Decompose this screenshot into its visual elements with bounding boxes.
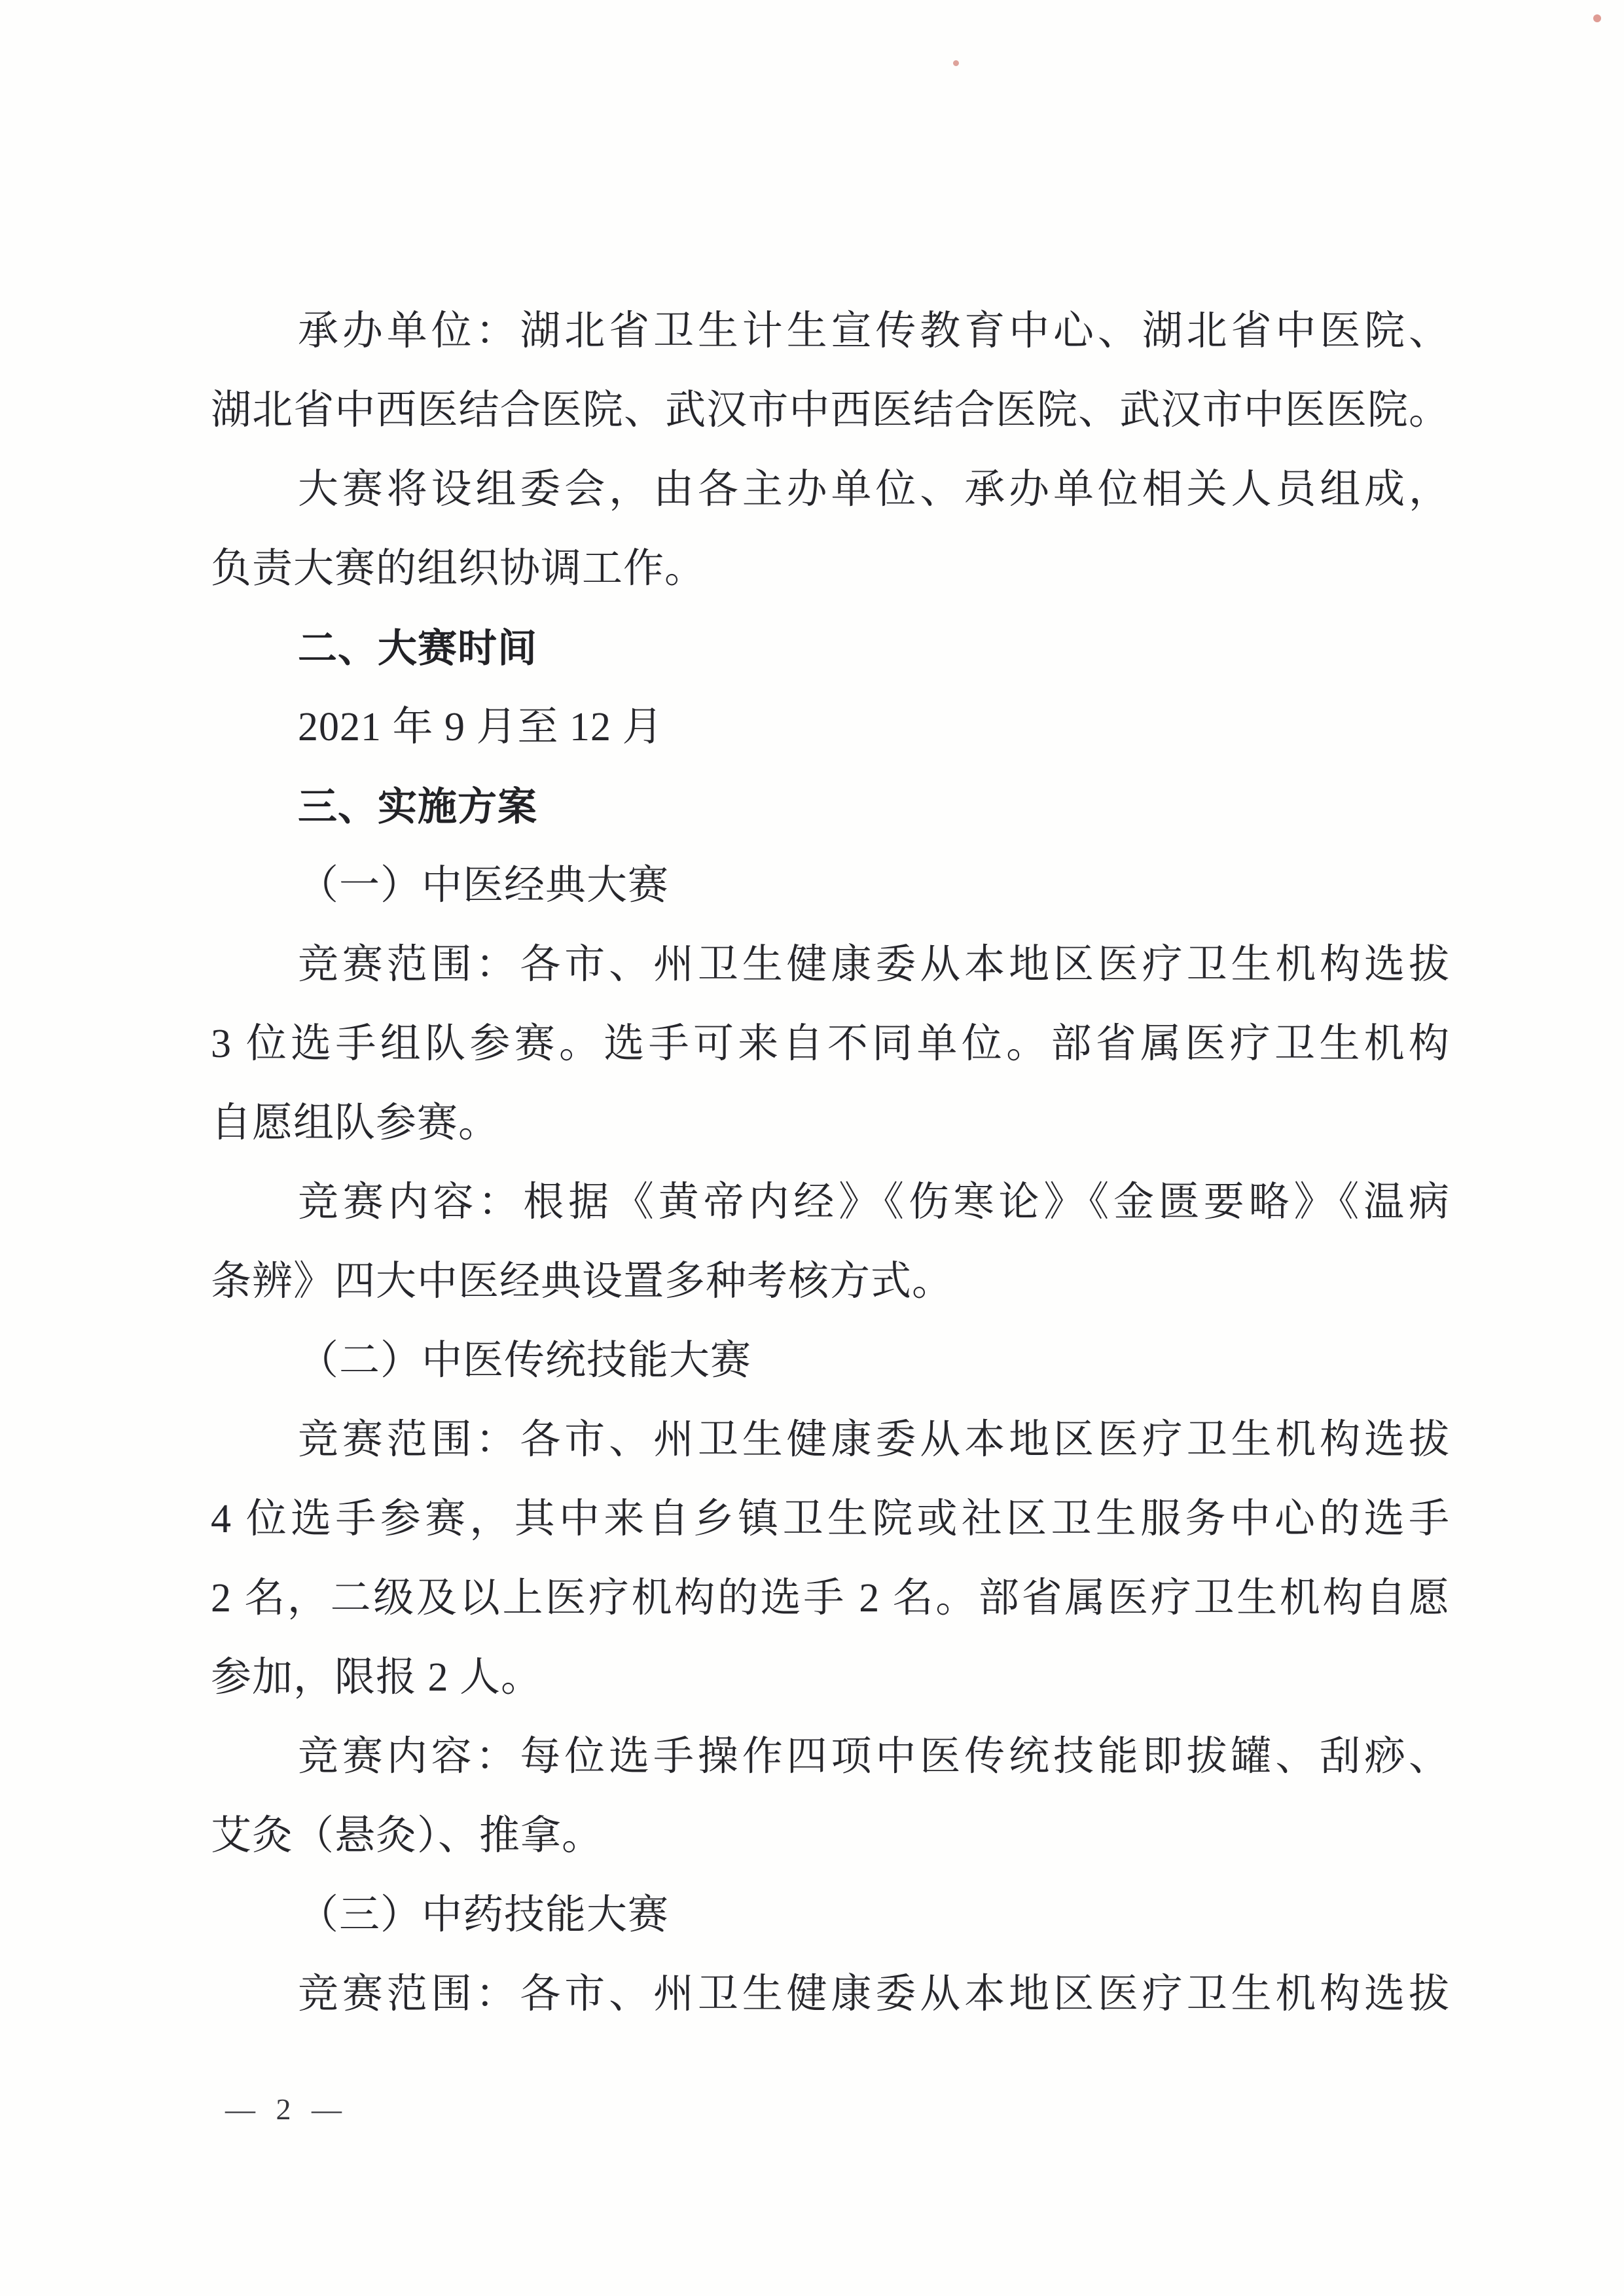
text-line: 承办单位：湖北省卫生计生宣传教育中心、湖北省中医院、 <box>211 292 1450 371</box>
text-line: 竞赛内容：每位选手操作四项中医传统技能即拔罐、刮痧、 <box>211 1717 1450 1797</box>
text-line: 竞赛范围：各市、州卫生健康委从本地区医疗卫生机构选拔 <box>211 1955 1450 2034</box>
date-line: 2021 年 9 月至 12 月 <box>211 688 1450 767</box>
section-heading-2: 二、大赛时间 <box>211 609 1450 688</box>
page-number: — 2 — <box>225 2092 348 2126</box>
text-line: 2 名，二级及以上医疗机构的选手 2 名。部省属医疗卫生机构自愿 <box>211 1559 1450 1638</box>
scan-artifact <box>953 60 959 66</box>
text-line: 竞赛范围：各市、州卫生健康委从本地区医疗卫生机构选拔 <box>211 925 1450 1005</box>
text-line: 参加，限报 2 人。 <box>211 1638 1450 1717</box>
scan-artifact <box>1593 14 1601 22</box>
document-page: 承办单位：湖北省卫生计生宣传教育中心、湖北省中医院、 湖北省中西医结合医院、武汉… <box>0 0 1624 2296</box>
text-line: 竞赛内容：根据《黄帝内经》《伤寒论》《金匮要略》《温病 <box>211 1163 1450 1242</box>
subsection-heading-3: （三）中药技能大赛 <box>211 1876 1450 1955</box>
text-line: 4 位选手参赛，其中来自乡镇卫生院或社区卫生服务中心的选手 <box>211 1480 1450 1559</box>
text-line: 条辨》四大中医经典设置多种考核方式。 <box>211 1242 1450 1321</box>
text-line: 大赛将设组委会，由各主办单位、承办单位相关人员组成， <box>211 450 1450 529</box>
text-line: 3 位选手组队参赛。选手可来自不同单位。部省属医疗卫生机构 <box>211 1005 1450 1084</box>
subsection-heading-2: （二）中医传统技能大赛 <box>211 1321 1450 1401</box>
text-line: 负责大赛的组织协调工作。 <box>211 529 1450 609</box>
document-text-block: 承办单位：湖北省卫生计生宣传教育中心、湖北省中医院、 湖北省中西医结合医院、武汉… <box>211 292 1450 2034</box>
text-line: 艾灸（悬灸）、推拿。 <box>211 1797 1450 1876</box>
subsection-heading-1: （一）中医经典大赛 <box>211 846 1450 925</box>
text-line: 自愿组队参赛。 <box>211 1084 1450 1163</box>
text-line: 湖北省中西医结合医院、武汉市中西医结合医院、武汉市中医医院。 <box>211 371 1450 450</box>
section-heading-3: 三、实施方案 <box>211 767 1450 846</box>
text-line: 竞赛范围：各市、州卫生健康委从本地区医疗卫生机构选拔 <box>211 1401 1450 1480</box>
